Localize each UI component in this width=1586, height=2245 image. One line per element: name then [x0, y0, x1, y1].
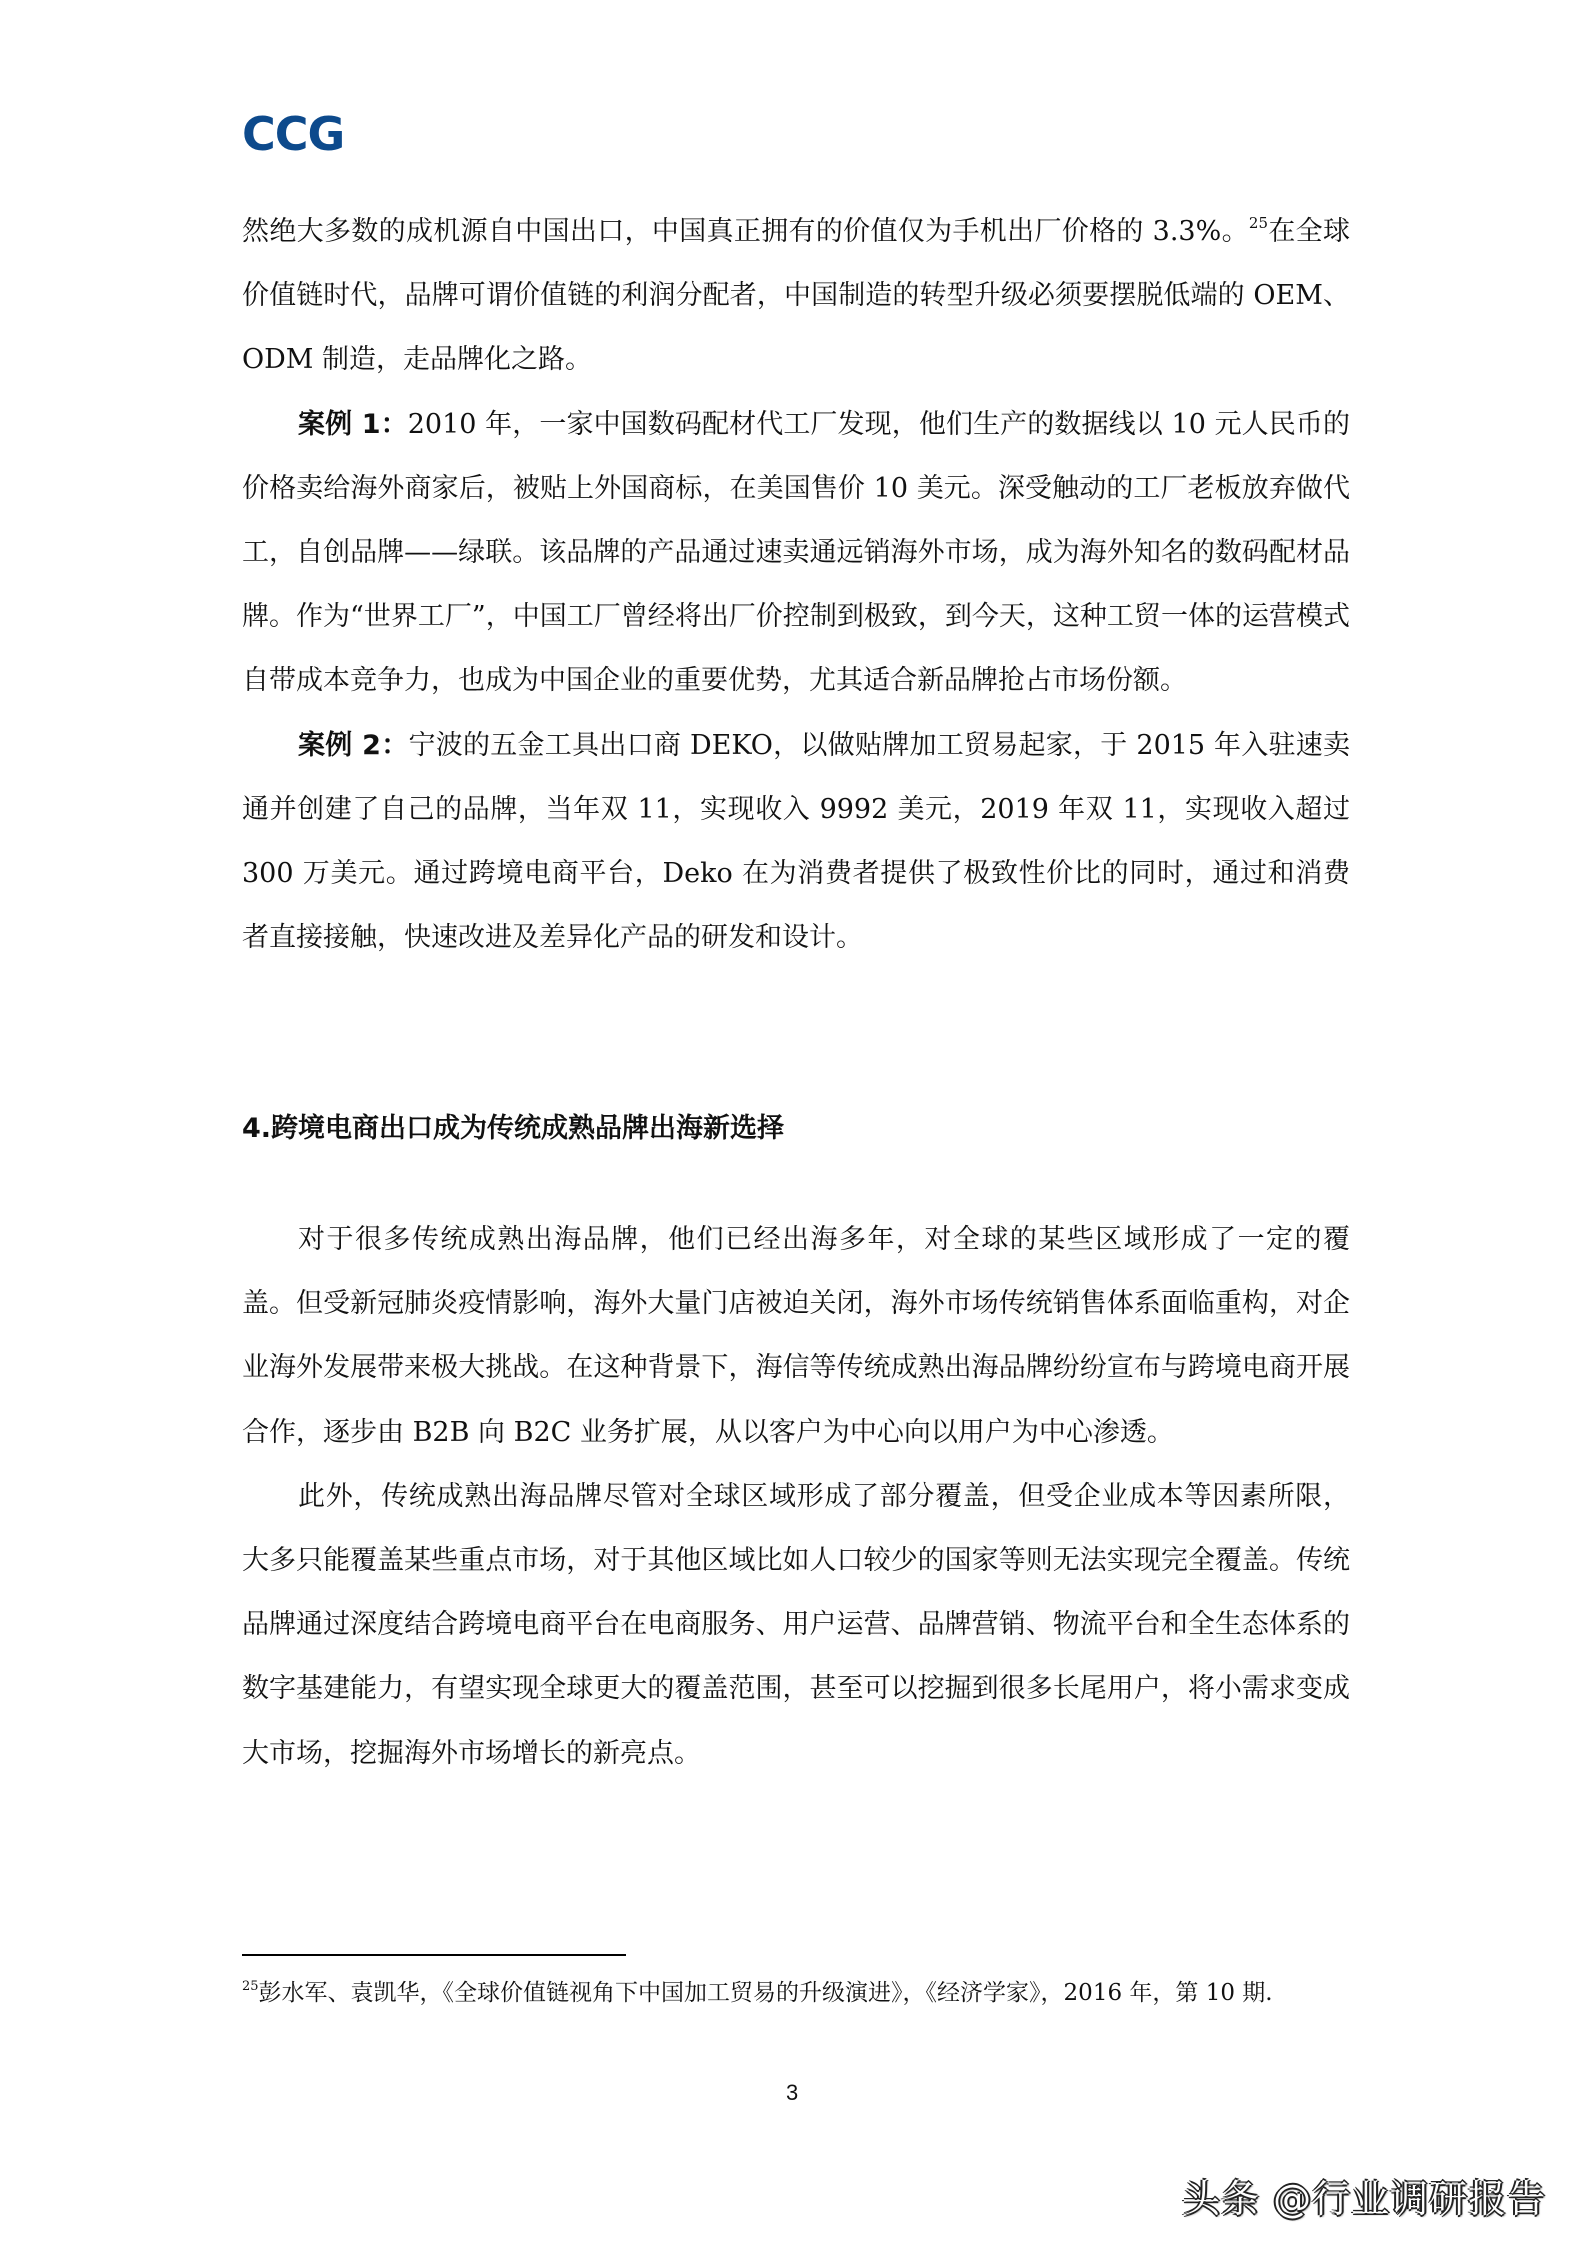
- footnote-separator: [242, 1954, 626, 1956]
- footnote-text: 彭水军、袁凯华，《全球价值链视角下中国加工贸易的升级演进》，《经济学家》，201…: [259, 1980, 1273, 2006]
- case2-label: 案例 2：: [298, 730, 409, 761]
- case1-label: 案例 1：: [298, 409, 408, 440]
- case1-paragraph: 案例 1：2010 年，一家中国数码配材代工厂发现，他们生产的数据线以 10 元…: [242, 393, 1350, 714]
- case2-paragraph: 案例 2：宁波的五金工具出口商 DEKO，以做贴牌加工贸易起家，于 2015 年…: [242, 714, 1350, 971]
- case2-text: 宁波的五金工具出口商 DEKO，以做贴牌加工贸易起家，于 2015 年入驻速卖通…: [242, 730, 1350, 954]
- intro-text: 然绝大多数的成机源自中国出口，中国真正拥有的价值仅为手机出厂价格的 3.3%。: [242, 216, 1249, 247]
- footnote-ref[interactable]: 25: [1249, 214, 1268, 232]
- section-paragraph-2: 此外，传统成熟出海品牌尽管对全球区域形成了部分覆盖，但受企业成本等因素所限，大多…: [242, 1465, 1350, 1786]
- body-upper: 然绝大多数的成机源自中国出口，中国真正拥有的价值仅为手机出厂价格的 3.3%。2…: [242, 200, 1350, 970]
- footnote-number: 25: [242, 1979, 259, 1994]
- page-number: 3: [786, 2080, 798, 2106]
- footnote: 25彭水军、袁凯华，《全球价值链视角下中国加工贸易的升级演进》，《经济学家》，2…: [242, 1972, 1350, 2014]
- section-heading: 4.跨境电商出口成为传统成熟品牌出海新选择: [242, 1107, 784, 1151]
- body-lower: 对于很多传统成熟出海品牌，他们已经出海多年，对全球的某些区域形成了一定的覆盖。但…: [242, 1208, 1350, 1786]
- watermark: 头条 @行业调研报告: [1182, 2168, 1546, 2223]
- ccg-logo: CCG: [242, 110, 344, 158]
- section-paragraph-1: 对于很多传统成熟出海品牌，他们已经出海多年，对全球的某些区域形成了一定的覆盖。但…: [242, 1208, 1350, 1465]
- case1-text: 2010 年，一家中国数码配材代工厂发现，他们生产的数据线以 10 元人民币的价…: [242, 409, 1350, 697]
- intro-paragraph: 然绝大多数的成机源自中国出口，中国真正拥有的价值仅为手机出厂价格的 3.3%。2…: [242, 200, 1350, 393]
